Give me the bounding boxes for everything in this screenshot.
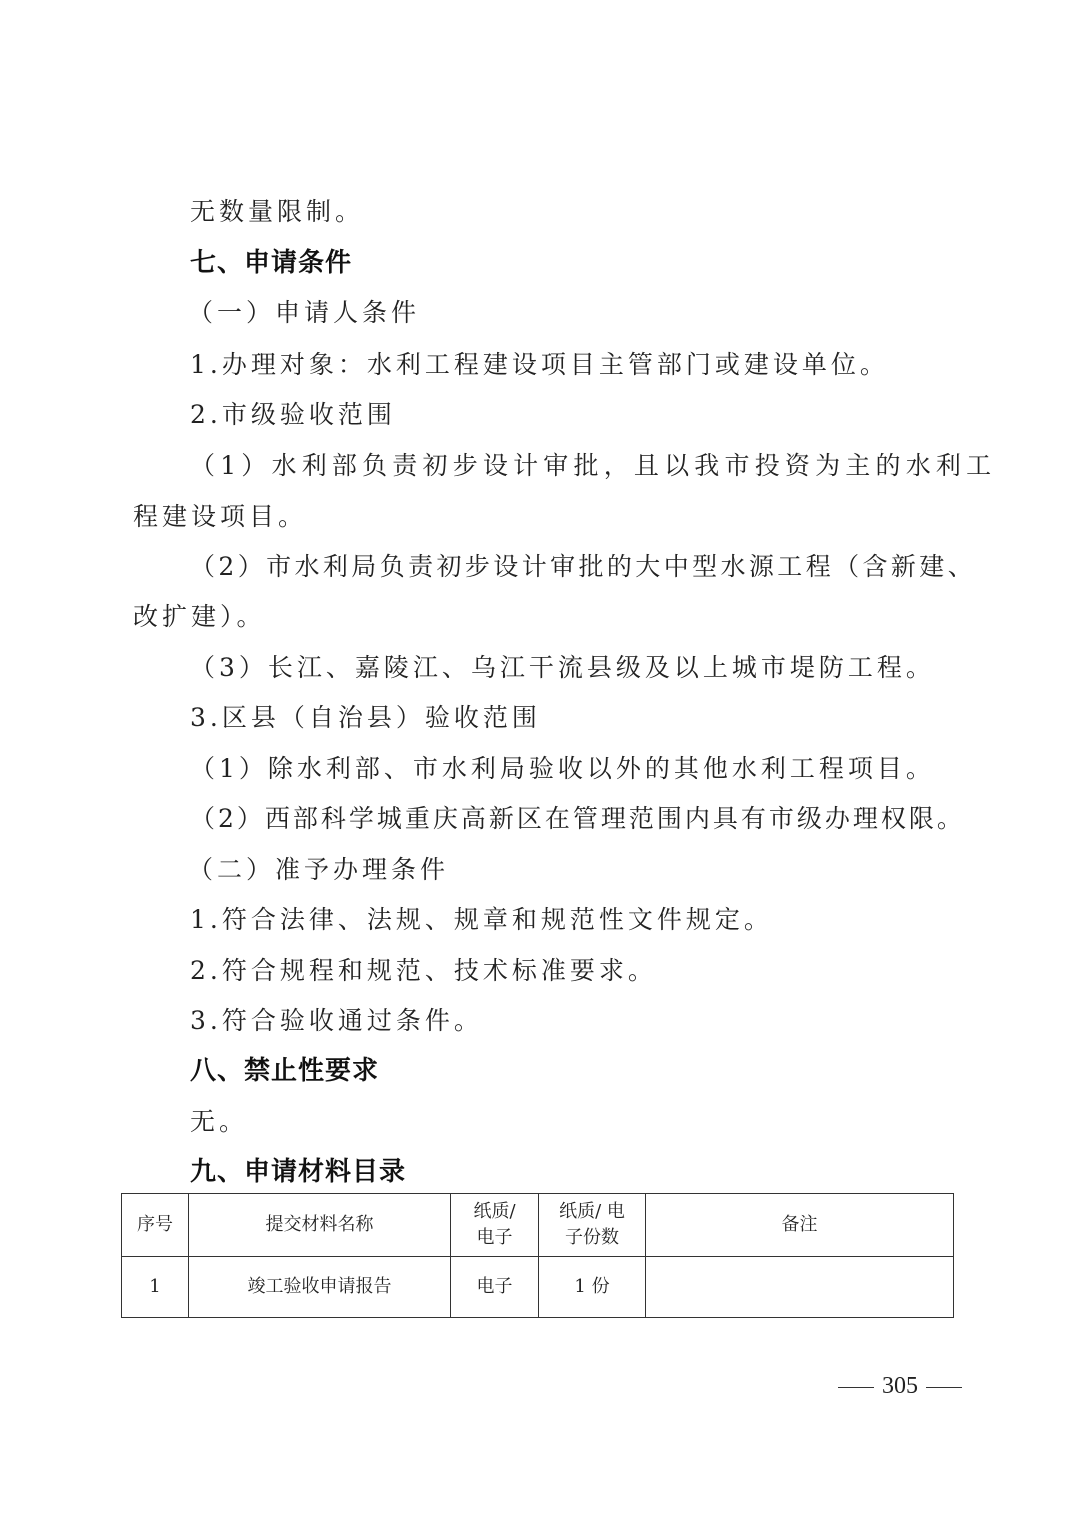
approval-condition-2: 2.符合规程和规范、技术标准要求。: [190, 956, 657, 986]
county-scope-item-2: （2）西部科学城重庆高新区在管理范围内具有市级办理权限。: [190, 804, 965, 834]
header-paper-electronic-line-2: 电子: [451, 1225, 538, 1251]
county-scope-item-1: （1）除水利部、市水利局验收以外的其他水利工程项目。: [190, 754, 935, 784]
cell-paper-electronic: 电子: [451, 1257, 539, 1318]
city-scope-item-1-line-2: 程建设项目。: [133, 502, 307, 532]
header-copy-count-line-1: 纸质/ 电: [539, 1199, 645, 1225]
approval-condition-3: 3.符合验收通过条件。: [190, 1006, 483, 1036]
document-page: 无数量限制。 七、申请条件 （一）申请人条件 1.办理对象：水利工程建设项目主管…: [0, 0, 1074, 1520]
cell-remarks: [646, 1257, 954, 1318]
cell-material-name: 竣工验收申请报告: [189, 1257, 451, 1318]
city-scope-item-2-line-1: （2）市水利局负责初步设计审批的大中型水源工程（含新建、: [190, 552, 976, 582]
dash-right: [926, 1387, 962, 1389]
table-header-row: 序号 提交材料名称 纸质/ 电子 纸质/ 电 子份数 备注: [122, 1194, 954, 1257]
subsection-1-heading: （一）申请人条件: [188, 298, 420, 328]
materials-table: 序号 提交材料名称 纸质/ 电子 纸质/ 电 子份数 备注 1 竣工验收申请报告…: [121, 1193, 954, 1318]
header-copy-count: 纸质/ 电 子份数: [539, 1194, 646, 1257]
dash-left: [838, 1387, 874, 1389]
county-scope-heading: 3.区县（自治县）验收范围: [190, 703, 541, 733]
page-number: 305: [882, 1373, 918, 1399]
header-paper-electronic-line-1: 纸质/: [451, 1199, 538, 1225]
continuation-text: 无数量限制。: [190, 197, 364, 227]
header-material-name: 提交材料名称: [189, 1194, 451, 1257]
header-copy-count-line-2: 子份数: [539, 1225, 645, 1251]
approval-condition-1: 1.符合法律、法规、规章和规范性文件规定。: [190, 905, 773, 935]
section-8-body: 无。: [190, 1107, 248, 1137]
section-8-heading: 八、禁止性要求: [190, 1056, 379, 1086]
cell-copy-count: 1 份: [539, 1257, 646, 1318]
applicant-target-item: 1.办理对象：水利工程建设项目主管部门或建设单位。: [190, 350, 889, 380]
header-remarks: 备注: [646, 1194, 954, 1257]
city-scope-item-1-line-1: （1）水利部负责初步设计审批，且以我市投资为主的水利工: [190, 451, 996, 481]
page-footer: 305: [830, 1371, 970, 1401]
city-scope-heading: 2.市级验收范围: [190, 400, 396, 430]
header-paper-electronic: 纸质/ 电子: [451, 1194, 539, 1257]
table-row: 1 竣工验收申请报告 电子 1 份: [122, 1257, 954, 1318]
cell-index: 1: [122, 1257, 189, 1318]
city-scope-item-3: （3）长江、嘉陵江、乌江干流县级及以上城市堤防工程。: [190, 653, 935, 683]
section-9-heading: 九、申请材料目录: [190, 1157, 406, 1187]
header-index: 序号: [122, 1194, 189, 1257]
section-7-heading: 七、申请条件: [190, 248, 352, 278]
city-scope-item-2-line-2: 改扩建）。: [133, 602, 266, 632]
subsection-2-heading: （二）准予办理条件: [188, 855, 449, 885]
